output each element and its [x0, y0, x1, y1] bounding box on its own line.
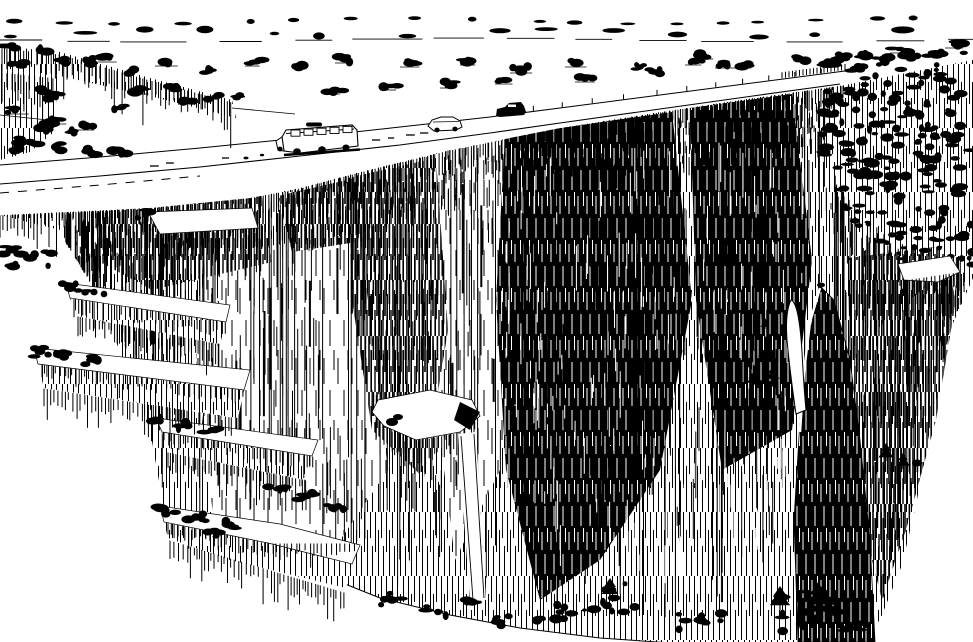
cliff-illustration — [0, 0, 973, 642]
car — [428, 117, 462, 132]
illustration-canvas — [0, 0, 973, 642]
